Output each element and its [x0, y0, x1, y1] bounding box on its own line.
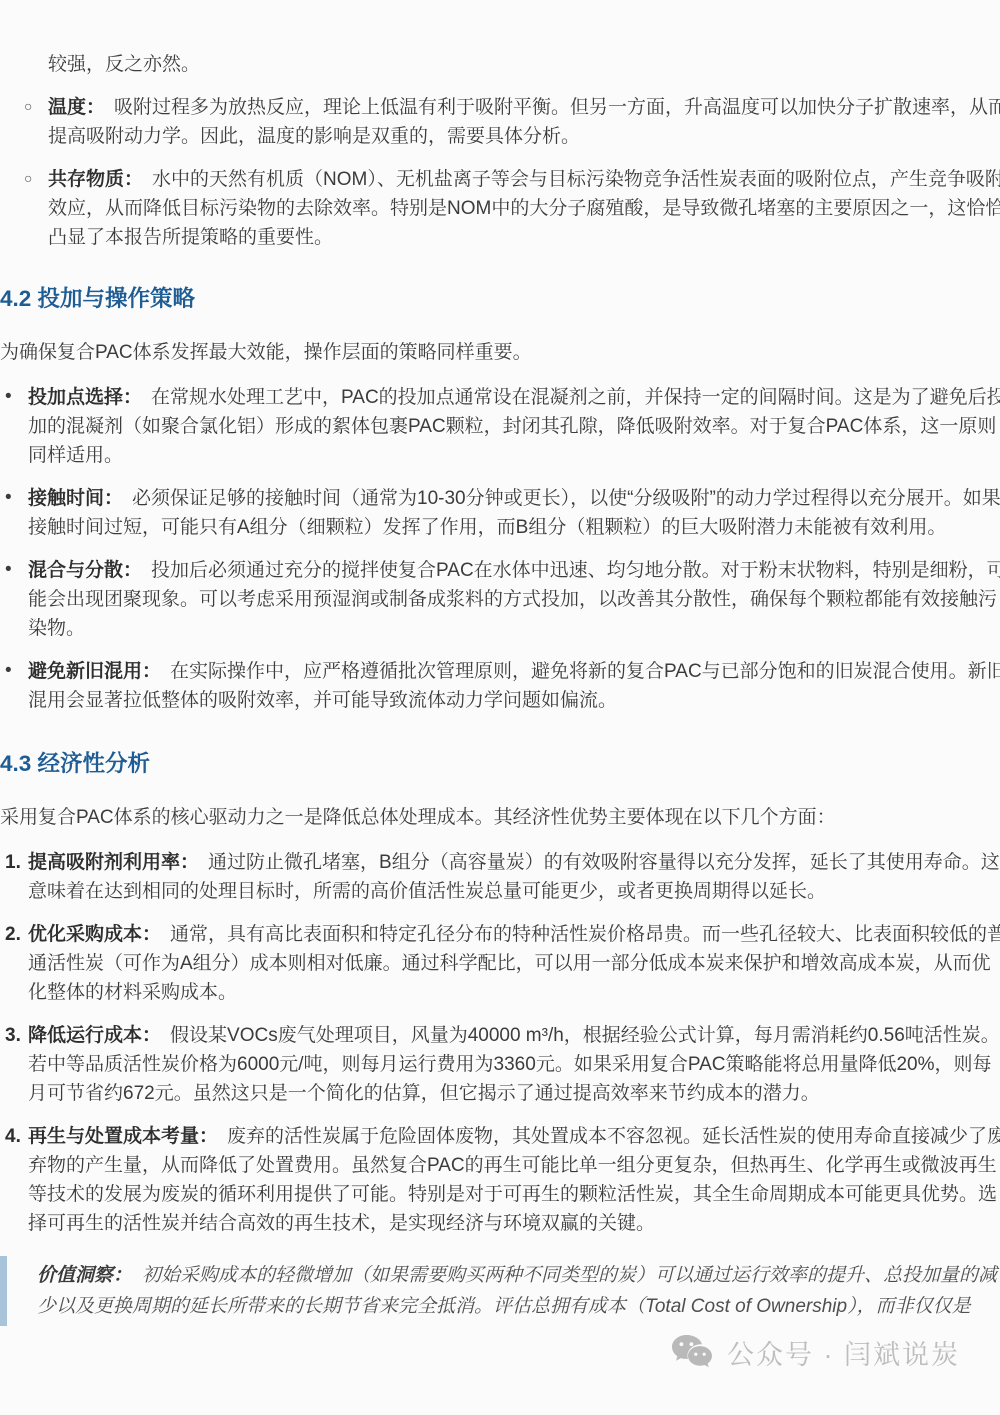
item-label: 投加点选择：	[28, 387, 142, 408]
item-label: 优化采购成本：	[28, 924, 161, 945]
list-item: • 避免新旧混用：在实际操作中，应严格遵循批次管理原则，避免将新的复合PAC与已…	[0, 657, 1000, 715]
list-item-text: 优化采购成本：通常，具有高比表面积和特定孔径分布的特种活性炭价格昂贵。而一些孔径…	[28, 920, 1000, 1007]
list-item-text: 降低运行成本：假设某VOCs废气处理项目，风量为40000 m³/h，根据经验公…	[28, 1021, 1000, 1108]
item-label: 再生与处置成本考量：	[28, 1126, 218, 1147]
item-label: 降低运行成本：	[28, 1025, 161, 1046]
economics-numbered-list: 1. 提高吸附剂利用率：通过防止微孔堵塞，B组分（高容量炭）的有效吸附容量得以充…	[0, 848, 1000, 1238]
section-heading-4-2: 4.2 投加与操作策略	[0, 284, 1000, 314]
section-heading-4-3: 4.3 经济性分析	[0, 749, 1000, 779]
item-number: 3.	[5, 1021, 21, 1050]
item-label: 接触时间：	[28, 488, 123, 509]
item-label: 混合与分散：	[28, 560, 142, 581]
list-item-text: 接触时间：必须保证足够的接触时间（通常为10-30分钟或更长），以使“分级吸附”…	[28, 484, 1000, 542]
paragraph-fragment: 较强，反之亦然。	[48, 50, 1000, 79]
list-item: ○ 共存物质：水中的天然有机质（NOM）、无机盐离子等会与目标污染物竞争活性炭表…	[0, 165, 1000, 252]
bullet-icon: •	[5, 483, 12, 512]
quote-body: 初始采购成本的轻微增加（如果需要购买两种不同类型的炭）可以通过运行效率的提升、总…	[37, 1265, 997, 1317]
list-item-text: 温度：吸附过程多为放热反应，理论上低温有利于吸附平衡。但另一方面，升高温度可以加…	[48, 93, 1000, 151]
list-item: • 投加点选择：在常规水处理工艺中，PAC的投加点通常设在混凝剂之前，并保持一定…	[0, 383, 1000, 470]
circle-bullet-icon: ○	[24, 164, 32, 193]
watermark: 公众号 · 闫斌说炭	[0, 1332, 960, 1378]
item-body: 必须保证足够的接触时间（通常为10-30分钟或更长），以使“分级吸附”的动力学过…	[28, 488, 1000, 538]
item-label: 提高吸附剂利用率：	[28, 852, 199, 873]
wechat-icon	[670, 1332, 714, 1378]
item-body: 在常规水处理工艺中，PAC的投加点通常设在混凝剂之前，并保持一定的间隔时间。这是…	[28, 387, 1000, 466]
list-item-text: 提高吸附剂利用率：通过防止微孔堵塞，B组分（高容量炭）的有效吸附容量得以充分发挥…	[28, 848, 1000, 906]
list-item-text: 再生与处置成本考量：废弃的活性炭属于危险固体废物，其处置成本不容忽视。延长活性炭…	[28, 1122, 1000, 1238]
item-body: 水中的天然有机质（NOM）、无机盐离子等会与目标污染物竞争活性炭表面的吸附位点，…	[48, 169, 1000, 248]
bullet-icon: •	[5, 656, 12, 685]
item-label: 避免新旧混用：	[28, 661, 161, 682]
list-item-text: 避免新旧混用：在实际操作中，应严格遵循批次管理原则，避免将新的复合PAC与已部分…	[28, 657, 1000, 715]
item-number: 4.	[5, 1122, 21, 1151]
quote-text: 价值洞察：初始采购成本的轻微增加（如果需要购买两种不同类型的炭）可以通过运行效率…	[37, 1260, 1000, 1322]
list-item: ○ 温度：吸附过程多为放热反应，理论上低温有利于吸附平衡。但另一方面，升高温度可…	[0, 93, 1000, 151]
quote-label: 价值洞察：	[37, 1265, 132, 1286]
item-body: 通常，具有高比表面积和特定孔径分布的特种活性炭价格昂贵。而一些孔径较大、比表面积…	[28, 924, 1000, 1003]
item-number: 1.	[5, 848, 21, 877]
insight-quote: 价值洞察：初始采购成本的轻微增加（如果需要购买两种不同类型的炭）可以通过运行效率…	[0, 1256, 1000, 1326]
section-4-3-intro: 采用复合PAC体系的核心驱动力之一是降低总体处理成本。其经济性优势主要体现在以下…	[0, 803, 1000, 832]
list-item: • 混合与分散：投加后必须通过充分的搅拌使复合PAC在水体中迅速、均匀地分散。对…	[0, 556, 1000, 643]
document-page: 较强，反之亦然。 ○ 温度：吸附过程多为放热反应，理论上低温有利于吸附平衡。但另…	[0, 0, 1000, 1378]
circle-bullet-icon: ○	[24, 92, 32, 121]
item-body: 假设某VOCs废气处理项目，风量为40000 m³/h，根据经验公式计算，每月需…	[28, 1025, 1000, 1104]
item-body: 在实际操作中，应严格遵循批次管理原则，避免将新的复合PAC与已部分饱和的旧炭混合…	[28, 661, 1000, 711]
watermark-text: 公众号 · 闫斌说炭	[727, 1341, 960, 1370]
numbered-item: 2. 优化采购成本：通常，具有高比表面积和特定孔径分布的特种活性炭价格昂贵。而一…	[0, 920, 1000, 1007]
factor-sublist: ○ 温度：吸附过程多为放热反应，理论上低温有利于吸附平衡。但另一方面，升高温度可…	[0, 93, 1000, 252]
list-item-text: 混合与分散：投加后必须通过充分的搅拌使复合PAC在水体中迅速、均匀地分散。对于粉…	[28, 556, 1000, 643]
numbered-item: 1. 提高吸附剂利用率：通过防止微孔堵塞，B组分（高容量炭）的有效吸附容量得以充…	[0, 848, 1000, 906]
bullet-icon: •	[5, 382, 12, 411]
item-label: 温度：	[48, 97, 105, 118]
list-item-text: 投加点选择：在常规水处理工艺中，PAC的投加点通常设在混凝剂之前，并保持一定的间…	[28, 383, 1000, 470]
item-body: 投加后必须通过充分的搅拌使复合PAC在水体中迅速、均匀地分散。对于粉末状物料，特…	[28, 560, 1000, 639]
list-item-text: 共存物质：水中的天然有机质（NOM）、无机盐离子等会与目标污染物竞争活性炭表面的…	[48, 165, 1000, 252]
numbered-item: 3. 降低运行成本：假设某VOCs废气处理项目，风量为40000 m³/h，根据…	[0, 1021, 1000, 1108]
section-4-2-intro: 为确保复合PAC体系发挥最大效能，操作层面的策略同样重要。	[0, 338, 1000, 367]
operation-strategy-list: • 投加点选择：在常规水处理工艺中，PAC的投加点通常设在混凝剂之前，并保持一定…	[0, 383, 1000, 715]
list-item: • 接触时间：必须保证足够的接触时间（通常为10-30分钟或更长），以使“分级吸…	[0, 484, 1000, 542]
item-number: 2.	[5, 920, 21, 949]
item-label: 共存物质：	[48, 169, 143, 190]
item-body: 吸附过程多为放热反应，理论上低温有利于吸附平衡。但另一方面，升高温度可以加快分子…	[48, 97, 1000, 147]
numbered-item: 4. 再生与处置成本考量：废弃的活性炭属于危险固体废物，其处置成本不容忽视。延长…	[0, 1122, 1000, 1238]
bullet-icon: •	[5, 555, 12, 584]
